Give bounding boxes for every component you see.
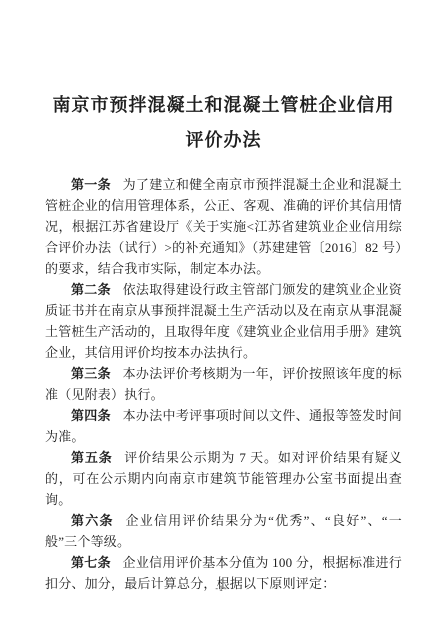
paragraph-article-2: 第二条依法取得建设行政主管部门颁发的建筑业企业资质证书并在南京从事预拌混凝土生产… bbox=[45, 279, 402, 363]
document-title-line-1: 南京市预拌混凝土和混凝土管桩企业信用 bbox=[45, 88, 402, 123]
article-3-label: 第三条 bbox=[71, 366, 111, 381]
article-4-label: 第四条 bbox=[71, 408, 111, 423]
paragraph-article-4: 第四条本办法中考评事项时间以文件、通报等签发时间为准。 bbox=[45, 405, 402, 447]
article-5-label: 第五条 bbox=[71, 450, 113, 465]
document-title-line-2: 评价办法 bbox=[45, 123, 402, 158]
article-1-label: 第一条 bbox=[71, 177, 111, 192]
document-body: 第一条为了建立和健全南京市预拌混凝土企业和混凝土管桩企业的信用管理体系，公正、客… bbox=[45, 174, 402, 594]
document-title: 南京市预拌混凝土和混凝土管桩企业信用 评价办法 bbox=[45, 88, 402, 158]
paragraph-article-3: 第三条本办法评价考核期为一年，评价按照该年度的标准（见附表）执行。 bbox=[45, 363, 402, 405]
article-7-label: 第七条 bbox=[71, 555, 111, 570]
page-number: -1- bbox=[0, 584, 443, 593]
paragraph-article-1: 第一条为了建立和健全南京市预拌混凝土企业和混凝土管桩企业的信用管理体系，公正、客… bbox=[45, 174, 402, 279]
article-6-label: 第六条 bbox=[71, 513, 114, 528]
paragraph-article-6: 第六条企业信用评价结果分为“优秀”、“良好”、“一般”三个等级。 bbox=[45, 510, 402, 552]
paragraph-article-5: 第五条评价结果公示期为 7 天。如对评价结果有疑义的，可在公示期内向南京市建筑节… bbox=[45, 447, 402, 510]
document-page: 南京市预拌混凝土和混凝土管桩企业信用 评价办法 第一条为了建立和健全南京市预拌混… bbox=[0, 0, 443, 624]
article-2-label: 第二条 bbox=[71, 282, 111, 297]
